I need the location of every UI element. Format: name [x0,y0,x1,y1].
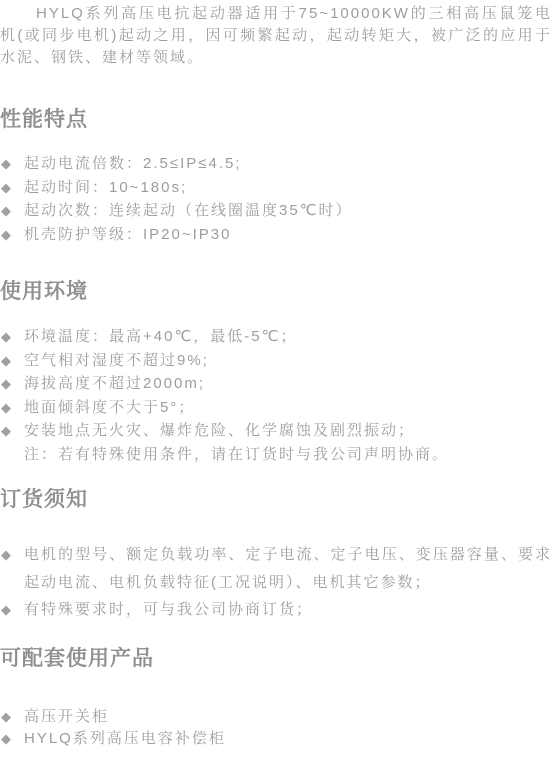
item-text: 高压开关柜 [24,708,109,725]
diamond-bullet-icon: ◆ [1,152,11,176]
list-item: ◆ 安装地点无火灾、爆炸危险、化学腐蚀及剧烈振动； 注：若有特殊使用条件，请在订… [0,419,552,466]
item-text: HYLQ系列高压电容补偿柜 [24,730,226,747]
list-item: ◆ 地面倾斜度不大于5°； [0,396,552,420]
list-item: ◆ 起动电流倍数：2.5≤IP≤4.5; [0,152,552,176]
diamond-bullet-icon: ◆ [1,199,11,223]
diamond-bullet-icon: ◆ [1,396,11,420]
diamond-bullet-icon: ◆ [1,176,11,200]
item-text: 起动次数：连续起动（在线圈温度35℃时） [24,202,353,219]
item-note: 注：若有特殊使用条件，请在订货时与我公司声明协商。 [24,443,552,467]
item-text: 安装地点无火灾、爆炸危险、化学腐蚀及剧烈振动； [24,419,552,443]
environment-list: ◆ 环境温度：最高+40℃，最低-5℃； ◆ 空气相对湿度不超过9%; ◆ 海拔… [0,325,552,466]
list-item: ◆ 电机的型号、额定负载功率、定子电流、定子电压、变压器容量、要求起动电流、电机… [0,541,552,596]
item-text: 起动电流倍数：2.5≤IP≤4.5; [24,155,242,172]
diamond-bullet-icon: ◆ [1,541,11,569]
diamond-bullet-icon: ◆ [1,325,11,349]
list-item: ◆ 起动时间：10~180s; [0,176,552,200]
diamond-bullet-icon: ◆ [1,223,11,247]
list-item: ◆ 有特殊要求时，可与我公司协商订货； [0,596,552,624]
list-item: ◆ 空气相对湿度不超过9%; [0,349,552,373]
list-item: ◆ 起动次数：连续起动（在线圈温度35℃时） [0,199,552,223]
diamond-bullet-icon: ◆ [1,728,11,750]
item-text: 起动时间：10~180s; [24,179,187,196]
list-item: ◆ 海拔高度不超过2000m; [0,372,552,396]
item-text: 地面倾斜度不大于5°； [24,399,195,416]
product-spec-page: HYLQ系列高压电抗起动器适用于75~10000KW的三相高压鼠笼电机(或同步电… [0,0,552,759]
item-text: 空气相对湿度不超过9%; [24,352,209,369]
section-heading-accessories: 可配套使用产品 [0,647,552,671]
item-text: 海拔高度不超过2000m; [24,375,205,392]
diamond-bullet-icon: ◆ [1,596,11,624]
list-item: ◆ 机壳防护等级：IP20~IP30 [0,223,552,247]
diamond-bullet-icon: ◆ [1,419,11,443]
item-text: 机壳防护等级：IP20~IP30 [24,226,231,243]
item-text: 环境温度：最高+40℃，最低-5℃； [24,328,297,345]
intro-paragraph: HYLQ系列高压电抗起动器适用于75~10000KW的三相高压鼠笼电机(或同步电… [0,3,552,69]
list-item: ◆ 高压开关柜 [0,706,552,728]
section-heading-ordering: 订货须知 [0,488,552,512]
diamond-bullet-icon: ◆ [1,372,11,396]
item-text: 有特殊要求时，可与我公司协商订货； [24,601,313,618]
diamond-bullet-icon: ◆ [1,706,11,728]
ordering-list: ◆ 电机的型号、额定负载功率、定子电流、定子电压、变压器容量、要求起动电流、电机… [0,541,552,624]
item-text: 电机的型号、额定负载功率、定子电流、定子电压、变压器容量、要求起动电流、电机负载… [24,546,552,591]
section-heading-features: 性能特点 [0,108,552,132]
accessories-list: ◆ 高压开关柜 ◆ HYLQ系列高压电容补偿柜 [0,706,552,750]
features-list: ◆ 起动电流倍数：2.5≤IP≤4.5; ◆ 起动时间：10~180s; ◆ 起… [0,152,552,246]
section-heading-environment: 使用环境 [0,280,552,304]
list-item: ◆ 环境温度：最高+40℃，最低-5℃； [0,325,552,349]
list-item: ◆ HYLQ系列高压电容补偿柜 [0,728,552,750]
diamond-bullet-icon: ◆ [1,349,11,373]
